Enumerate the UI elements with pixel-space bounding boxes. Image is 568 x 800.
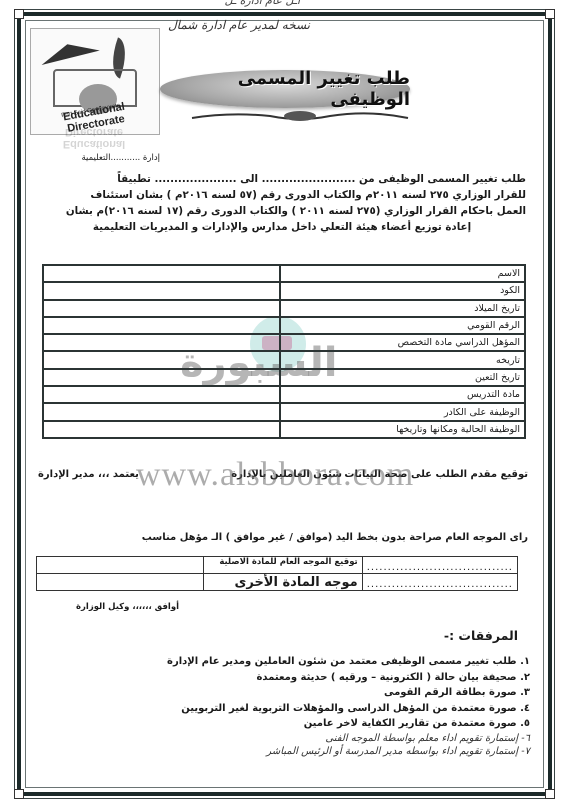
field-value[interactable] <box>43 317 280 334</box>
field-label: تاريخ الميلاد <box>280 300 525 317</box>
table-row: الوظيفة على الكادر <box>43 403 525 420</box>
table-row: الاسم <box>43 265 525 282</box>
table-row: ................................... موجه… <box>37 574 518 591</box>
table-row: تاريخ الميلاد <box>43 300 525 317</box>
signature-dots[interactable]: ................................... <box>362 557 517 574</box>
supervisor-opinion-line: راى الموجه العام صراحة بدون بخط اليد (مو… <box>38 532 528 543</box>
table-row: المؤهل الدراسي مادة التخصص <box>43 334 525 351</box>
paragraph-line: العمل باحكام القرار الوزاري (٢٧٥ لسنه ٢٠… <box>38 203 526 219</box>
supervisor-signature-table: ................................... توقي… <box>36 556 518 591</box>
table-row: الوظيفة الحالية ومكانها وتاريخها <box>43 421 525 438</box>
decorative-swirl-icon <box>190 110 410 122</box>
table-row: الكود <box>43 282 525 299</box>
top-handwritten-scribble: اـل عام ادارة ـل <box>60 0 300 8</box>
field-value[interactable] <box>43 351 280 368</box>
employee-info-table: الاسم الكود تاريخ الميلاد الرقم القومي ا… <box>42 264 526 439</box>
attachments-heading: المرفقات :- <box>444 628 518 643</box>
list-item: ٢. صحيفة بيان حالة ( الكترونية – ورقيه )… <box>80 670 530 686</box>
paragraph-line: طلب تغيير المسمى الوظيفى من ............… <box>38 171 526 187</box>
list-item: ٣. صورة بطاقة الرقم القومى <box>80 685 530 701</box>
field-value[interactable] <box>43 282 280 299</box>
administration-line: إدارة ...........التعليمية <box>40 153 160 163</box>
field-value[interactable] <box>43 300 280 317</box>
handwritten-list-item: ٧- إستمارة تقويم اداء بواسطه مدير المدرس… <box>80 745 530 758</box>
director-signature-label: يعتمد ،،، مدير الإدارة <box>38 469 139 480</box>
request-paragraph: طلب تغيير المسمى الوظيفى من ............… <box>38 171 526 235</box>
attachments-list: ١. طلب تغيير مسمى الوظيفى معتمد من شئون … <box>80 654 530 758</box>
field-value[interactable] <box>43 386 280 403</box>
field-label: مادة التدريس <box>280 386 525 403</box>
list-item: ٤. صورة معتمدة من المؤهل الدراسى والمؤهل… <box>80 701 530 717</box>
field-label: تاريخ التعين <box>280 369 525 386</box>
signature-dots[interactable]: ................................... <box>362 574 517 591</box>
table-row: تاريخه <box>43 351 525 368</box>
page-title: طلب تغيير المسمى الوظيفى <box>160 68 410 110</box>
field-value[interactable] <box>43 334 280 351</box>
undersecretary-approval-line: أوافق ،،،،،، وكيل الوزارة <box>76 602 179 612</box>
frame-corner-ornament <box>14 9 24 19</box>
paragraph-line: للقرار الوزاري ٢٧٥ لسنه ٢٠١١م والكتاب ال… <box>38 187 526 203</box>
paragraph-line: إعادة توزيع أعضاء هيئة التعلي داخل مدارس… <box>38 219 526 235</box>
frame-corner-ornament <box>545 789 555 799</box>
field-value[interactable] <box>43 369 280 386</box>
educational-directorate-logo: Port Said Governorate Educational Direct… <box>30 28 160 135</box>
field-value[interactable] <box>43 421 280 438</box>
field-label: الوظيفة الحالية ومكانها وتاريخها <box>280 421 525 438</box>
table-row: مادة التدريس <box>43 386 525 403</box>
frame-corner-ornament <box>14 789 24 799</box>
signature-line: توقيع مقدم الطلب على صحة البيانات شئون ا… <box>38 469 528 485</box>
field-value[interactable] <box>43 403 280 420</box>
field-label: المؤهل الدراسي مادة التخصص <box>280 334 525 351</box>
applicant-signature-label: توقيع مقدم الطلب على صحة البيانات <box>344 469 528 480</box>
signature-cell[interactable] <box>37 557 204 574</box>
list-item: ٥. صورة معتمدة من تقارير الكفاية لاخر عا… <box>80 716 530 732</box>
handwritten-copy-note: نسخه لمدير عام ادارة شمال <box>160 18 310 32</box>
frame-corner-ornament <box>545 9 555 19</box>
field-label: تاريخه <box>280 351 525 368</box>
table-row: تاريخ التعين <box>43 369 525 386</box>
field-label: الاسم <box>280 265 525 282</box>
other-subject-supervisor-label: موجه المادة الأخرى <box>203 574 362 591</box>
table-row: ................................... توقي… <box>37 557 518 574</box>
graduation-cap-icon <box>38 37 100 65</box>
field-label: الكود <box>280 282 525 299</box>
title-banner: طلب تغيير المسمى الوظيفى <box>160 70 410 108</box>
field-label: الوظيفة على الكادر <box>280 403 525 420</box>
signature-cell[interactable] <box>37 574 204 591</box>
handwritten-list-item: ٦- إستمارة تقويم اداء معلم بواسطة الموجه… <box>80 732 530 745</box>
list-item: ١. طلب تغيير مسمى الوظيفى معتمد من شئون … <box>80 654 530 670</box>
field-label: الرقم القومي <box>280 317 525 334</box>
logo-reflection: Educational Directorate <box>34 136 154 150</box>
original-subject-supervisor-label: توقيع الموجه العام للمادة الاصلية <box>203 557 362 574</box>
hr-signature-label: شئون العاملين بالإدارة <box>231 469 342 480</box>
table-row: الرقم القومي <box>43 317 525 334</box>
field-value[interactable] <box>43 265 280 282</box>
